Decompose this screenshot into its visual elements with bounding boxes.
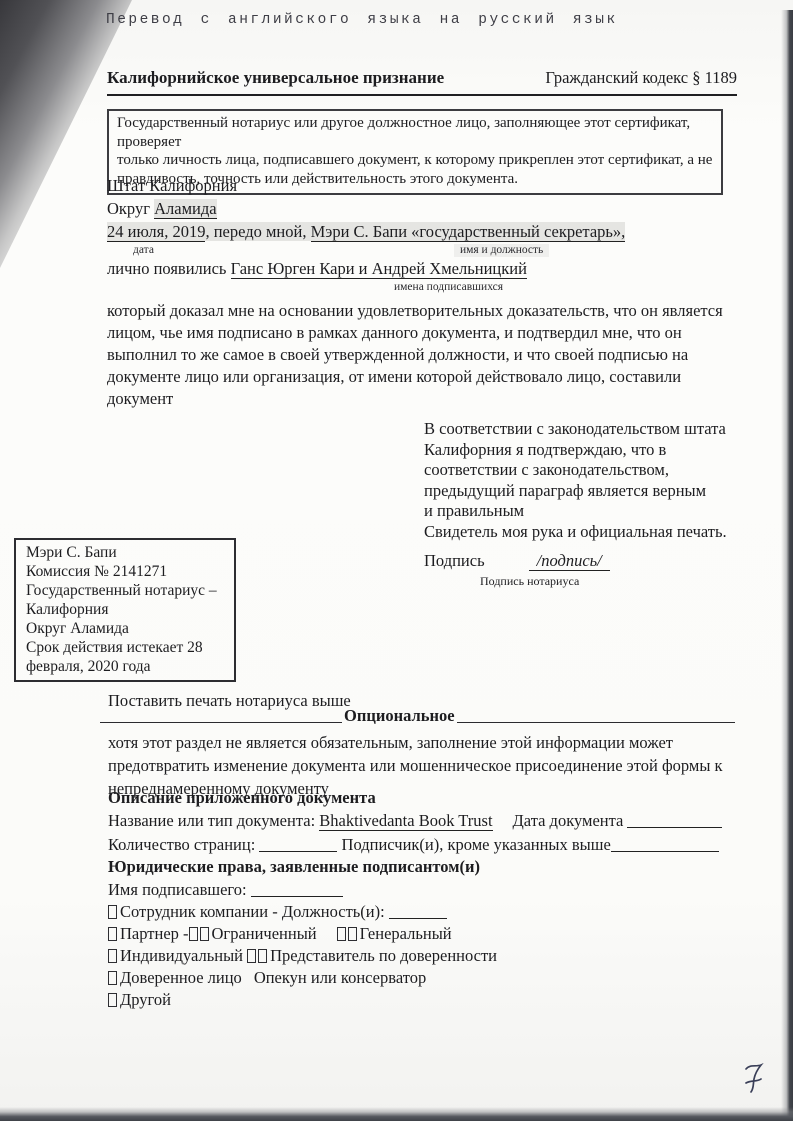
signature-row: Подпись/подпись/ Подпись нотариуса xyxy=(424,551,610,589)
optional-section-divider: Опциональное xyxy=(100,706,735,726)
handwritten-page-mark xyxy=(742,1062,768,1098)
doc-date-blank xyxy=(627,813,722,828)
civil-code-reference: Гражданский кодекс § 1189 xyxy=(545,68,737,88)
document-header: Калифорнийское универсальное признание Г… xyxy=(107,68,737,96)
signers-value: Ганс Юрген Кари и Андрей Хмельницкий xyxy=(231,259,527,279)
date-officer-captions: датаимя и должность xyxy=(107,243,625,257)
officer-title-blank xyxy=(389,904,447,919)
other-signers-blank xyxy=(611,837,719,852)
checkbox-icon xyxy=(348,927,357,941)
claim-row-other: Другой xyxy=(108,989,497,1011)
checkbox-icon xyxy=(247,949,256,963)
pages-blank xyxy=(259,837,337,852)
venue-block: Штат Калифорния Округ Аламида 24 июля, 2… xyxy=(107,174,625,294)
scan-edge-right xyxy=(781,10,793,1121)
checkbox-icon xyxy=(337,927,346,941)
document-title: Калифорнийское универсальное признание xyxy=(107,68,444,88)
doc-title-line: Название или тип документа: Bhaktivedant… xyxy=(108,811,722,831)
signature-caption: Подпись нотариуса xyxy=(480,574,610,589)
signer-name-blank xyxy=(251,882,343,897)
officer-value: Мэри С. Бапи «государственный секретарь»… xyxy=(311,222,626,242)
checkbox-icon xyxy=(108,971,117,985)
date-officer-line: 24 июля, 2019, передо мной, Мэри С. Бапи… xyxy=(107,220,625,243)
attached-doc-heading: Описание приложенного документа xyxy=(108,788,376,808)
checkbox-icon xyxy=(258,949,267,963)
claim-row-individual: Индивидуальный Представитель по доверенн… xyxy=(108,945,497,967)
pages-line: Количество страниц: Подписчик(и), кроме … xyxy=(108,835,719,855)
checkbox-icon xyxy=(108,905,117,919)
officer-caption: имя и должность xyxy=(454,244,549,257)
appeared-line: лично появились Ганс Юрген Кари и Андрей… xyxy=(107,257,625,280)
claim-row-corporate-officer: Сотрудник компании - Должность(и): xyxy=(108,901,497,923)
county-value: Аламида xyxy=(154,199,216,219)
notary-stamp-box: Мэри С. Бапи Комиссия № 2141271 Государс… xyxy=(14,538,236,682)
scan-edge-bottom xyxy=(0,1107,793,1121)
optional-section-title: Опциональное xyxy=(342,706,457,726)
acknowledgment-paragraph: который доказал мне на основании удовлет… xyxy=(107,300,737,410)
checkbox-icon xyxy=(189,927,198,941)
signer-name-line: Имя подписавшего: xyxy=(108,880,343,900)
doc-title-value: Bhaktivedanta Book Trust xyxy=(319,811,492,831)
claims-heading: Юридические права, заявленные подписанто… xyxy=(108,857,480,877)
checkbox-icon xyxy=(108,949,117,963)
signature-value: /подпись/ xyxy=(529,551,610,571)
claims-checkbox-list: Сотрудник компании - Должность(и): Партн… xyxy=(108,901,497,1011)
signature-label: Подпись xyxy=(424,551,485,570)
state-line: Штат Калифорния xyxy=(107,174,625,197)
signers-caption-row: имена подписавшихся xyxy=(107,280,625,294)
checkbox-icon xyxy=(108,993,117,1007)
scanned-document-page: Перевод с английского языка на русский я… xyxy=(0,0,793,1121)
date-value: 24 июля, 2019 xyxy=(107,222,205,242)
claim-row-partner: Партнер -ОграниченныйГенеральный xyxy=(108,923,497,945)
county-line: Округ Аламида xyxy=(107,197,625,220)
claim-row-trustee: Доверенное лицоОпекун или консерватор xyxy=(108,967,497,989)
certification-paragraph: В соответствии с законодательством штата… xyxy=(424,419,729,542)
checkbox-icon xyxy=(108,927,117,941)
divider-line-left xyxy=(100,722,342,723)
checkbox-icon xyxy=(200,927,209,941)
translation-note: Перевод с английского языка на русский я… xyxy=(106,12,618,28)
signers-caption: имена подписавшихся xyxy=(394,281,503,293)
date-caption: дата xyxy=(133,244,154,256)
divider-line-right xyxy=(457,722,735,723)
